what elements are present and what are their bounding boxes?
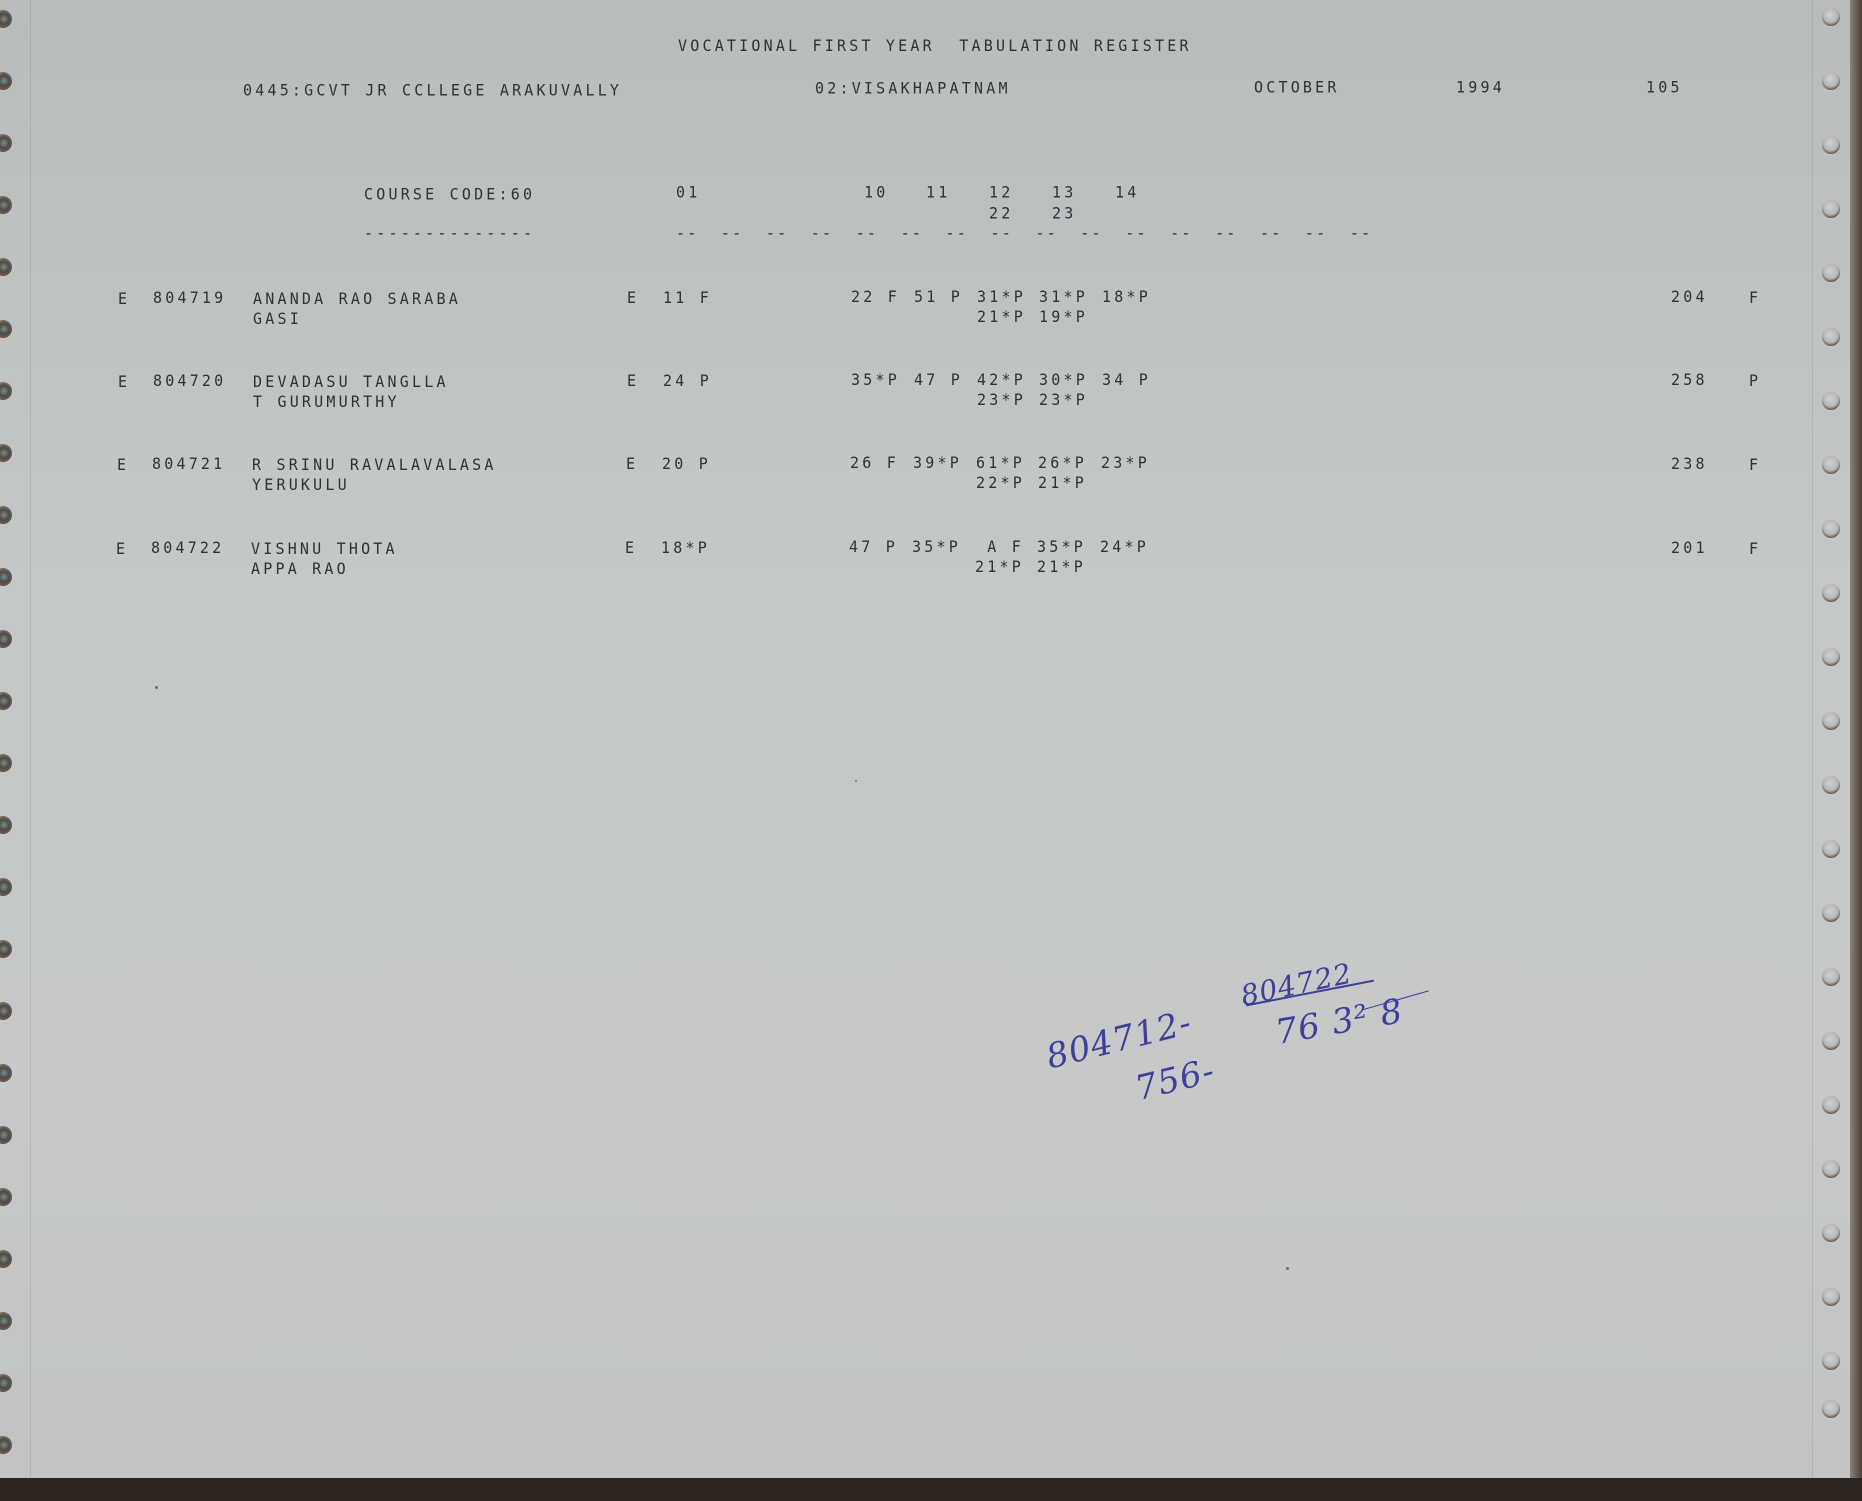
page-right-edge	[1850, 0, 1862, 1478]
sprocket-hole-icon	[0, 72, 12, 90]
subject-code-11: 11	[926, 183, 950, 202]
score-11: 47 P	[914, 371, 963, 390]
student-name: DEVADASU TANGLLA	[253, 373, 449, 392]
total-marks: 258	[1671, 371, 1708, 390]
page-number: 105	[1646, 78, 1683, 97]
subject-code-13: 13	[1052, 183, 1076, 202]
student-name-line2: APPA RAO	[251, 560, 349, 579]
sprocket-hole-icon	[0, 1374, 12, 1392]
score-23: 19*P	[1039, 308, 1088, 327]
sprocket-hole-icon	[0, 568, 12, 586]
score-10: 47 P	[849, 538, 898, 557]
sprocket-hole-icon	[1822, 1160, 1840, 1178]
sprocket-hole-icon	[0, 754, 12, 772]
language-medium: E	[627, 289, 639, 308]
result: P	[1749, 372, 1761, 391]
sprocket-hole-icon	[1822, 456, 1840, 474]
sprocket-hole-icon	[0, 258, 12, 276]
medium: E	[118, 290, 130, 309]
total-marks: 204	[1671, 288, 1708, 307]
subject-code-01: 01	[676, 183, 700, 202]
sprocket-hole-icon	[1822, 264, 1840, 282]
student-name-line2: T GURUMURTHY	[253, 393, 400, 412]
sprocket-hole-icon	[1822, 136, 1840, 154]
result: F	[1749, 456, 1761, 475]
sprocket-hole-icon	[0, 1436, 12, 1454]
sprocket-hole-icon	[1822, 1400, 1840, 1418]
page-bottom-shadow	[0, 1478, 1862, 1501]
sprocket-hole-icon	[0, 1250, 12, 1268]
score-22: 23*P	[977, 391, 1026, 410]
sprocket-hole-icon	[1822, 1288, 1840, 1306]
score-23: 21*P	[1037, 558, 1086, 577]
paper-speck	[1286, 1267, 1289, 1270]
register-title: VOCATIONAL FIRST YEAR TABULATION REGISTE…	[678, 37, 1192, 56]
sprocket-hole-icon	[1822, 712, 1840, 730]
score-01: 11 F	[663, 289, 712, 308]
paper-speck	[155, 686, 158, 689]
medium: E	[118, 373, 130, 392]
subject-code-10: 10	[864, 183, 888, 202]
exam-month: OCTOBER	[1254, 78, 1340, 97]
subject-code-23: 23	[1052, 204, 1076, 223]
sprocket-hole-icon	[1822, 648, 1840, 666]
sprocket-hole-icon	[1822, 1352, 1840, 1370]
sprocket-hole-icon	[0, 10, 12, 28]
hall-ticket-number: 804721	[152, 455, 225, 474]
sprocket-hole-icon	[0, 1188, 12, 1206]
sprocket-hole-icon	[1822, 328, 1840, 346]
total-marks: 238	[1671, 455, 1708, 474]
subject-code-14: 14	[1115, 183, 1139, 202]
score-14: 18*P	[1102, 288, 1151, 307]
language-medium: E	[625, 539, 637, 558]
subject-column-separator: -- -- -- -- -- -- -- -- -- -- -- -- -- -…	[676, 224, 1372, 243]
paper-speck	[855, 780, 857, 782]
student-name-line2: YERUKULU	[252, 476, 350, 495]
sprocket-hole-icon	[0, 816, 12, 834]
sprocket-hole-icon	[1822, 392, 1840, 410]
student-name: VISHNU THOTA	[251, 540, 398, 559]
sprocket-hole-icon	[1822, 1032, 1840, 1050]
sprocket-hole-icon	[0, 940, 12, 958]
sprocket-hole-icon	[0, 134, 12, 152]
sprocket-hole-icon	[0, 196, 12, 214]
score-13: 30*P	[1039, 371, 1088, 390]
sprocket-hole-icon	[0, 1126, 12, 1144]
medium: E	[117, 456, 129, 475]
course-code-underline: --------------	[364, 224, 535, 243]
exam-year: 1994	[1456, 78, 1505, 97]
sprocket-hole-icon	[1822, 72, 1840, 90]
score-13: 31*P	[1039, 288, 1088, 307]
language-medium: E	[627, 372, 639, 391]
course-code-label: COURSE CODE:60	[364, 185, 535, 204]
sprocket-hole-icon	[1822, 840, 1840, 858]
right-perforation-line	[1812, 0, 1813, 1478]
score-14: 23*P	[1101, 454, 1150, 473]
sprocket-hole-icon	[0, 444, 12, 462]
sprocket-hole-icon	[1822, 968, 1840, 986]
sprocket-hole-icon	[0, 692, 12, 710]
score-11: 35*P	[912, 538, 961, 557]
score-10: 22 F	[851, 288, 900, 307]
score-12: 61*P	[976, 454, 1025, 473]
sprocket-hole-icon	[0, 506, 12, 524]
sprocket-hole-icon	[0, 320, 12, 338]
score-13: 26*P	[1038, 454, 1087, 473]
score-23: 23*P	[1039, 391, 1088, 410]
language-medium: E	[626, 455, 638, 474]
college-name: 0445:GCVT JR CCLLEGE ARAKUVALLY	[243, 81, 622, 100]
tabulation-register-sheet: VOCATIONAL FIRST YEAR TABULATION REGISTE…	[0, 0, 1850, 1478]
score-10: 26 F	[850, 454, 899, 473]
student-name: ANANDA RAO SARABA	[253, 290, 461, 309]
sprocket-hole-icon	[0, 1312, 12, 1330]
score-01: 24 P	[663, 372, 712, 391]
result: F	[1749, 540, 1761, 559]
score-11: 39*P	[913, 454, 962, 473]
left-perforation-line	[30, 0, 31, 1478]
sprocket-hole-icon	[1822, 520, 1840, 538]
sprocket-hole-icon	[0, 630, 12, 648]
score-14: 24*P	[1100, 538, 1149, 557]
score-11: 51 P	[914, 288, 963, 307]
handwritten-count-start: 756-	[1131, 1051, 1219, 1109]
sprocket-hole-icon	[0, 382, 12, 400]
subject-code-22: 22	[989, 204, 1013, 223]
score-22: 22*P	[976, 474, 1025, 493]
hall-ticket-number: 804722	[151, 539, 224, 558]
score-14: 34 P	[1102, 371, 1151, 390]
score-13: 35*P	[1037, 538, 1086, 557]
student-name: R SRINU RAVALAVALASA	[252, 456, 497, 475]
sprocket-hole-icon	[0, 1002, 12, 1020]
score-12: 42*P	[977, 371, 1026, 390]
sprocket-hole-icon	[1822, 776, 1840, 794]
score-22: 21*P	[977, 308, 1026, 327]
score-01: 20 P	[662, 455, 711, 474]
score-12: A F	[975, 538, 1024, 557]
student-name-line2: GASI	[253, 310, 302, 329]
sprocket-hole-icon	[1822, 584, 1840, 602]
sprocket-hole-icon	[1822, 1224, 1840, 1242]
score-22: 21*P	[975, 558, 1024, 577]
result: F	[1749, 289, 1761, 308]
total-marks: 201	[1671, 539, 1708, 558]
district-name: 02:VISAKHAPATNAM	[815, 79, 1011, 98]
sprocket-hole-icon	[1822, 1096, 1840, 1114]
score-01: 18*P	[661, 539, 710, 558]
sprocket-hole-icon	[1822, 8, 1840, 26]
subject-code-12: 12	[989, 183, 1013, 202]
sprocket-hole-icon	[0, 1064, 12, 1082]
hall-ticket-number: 804719	[153, 289, 226, 308]
sprocket-hole-icon	[1822, 904, 1840, 922]
sprocket-hole-icon	[1822, 200, 1840, 218]
sprocket-hole-icon	[0, 878, 12, 896]
medium: E	[116, 540, 128, 559]
score-12: 31*P	[977, 288, 1026, 307]
hall-ticket-number: 804720	[153, 372, 226, 391]
score-23: 21*P	[1038, 474, 1087, 493]
score-10: 35*P	[851, 371, 900, 390]
